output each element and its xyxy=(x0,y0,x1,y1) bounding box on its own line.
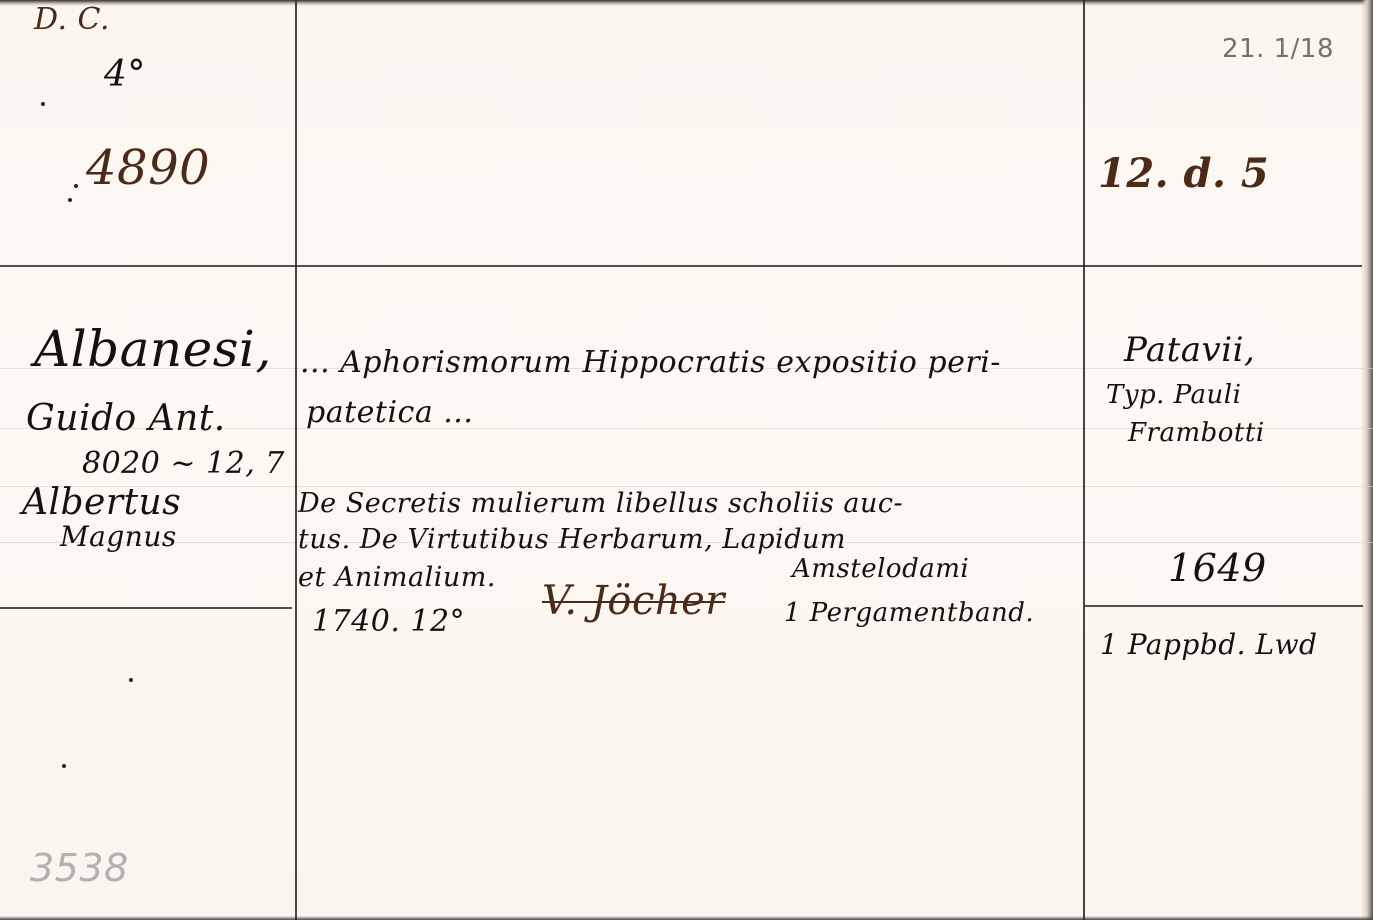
ink-dot xyxy=(62,764,66,768)
title-line: tus. De Virtutibus Herbarum, Lapidum xyxy=(298,524,846,555)
title-line: patetica ... xyxy=(306,395,473,430)
catalog-card: D. C. 4° 4890 21. 1/18 12. d. 5 Albanesi… xyxy=(0,0,1373,920)
location-mark: 12. d. 5 xyxy=(1098,150,1269,197)
imprint-city: Patavii, xyxy=(1124,330,1255,370)
card-bottom-edge xyxy=(0,916,1373,920)
card-top-edge xyxy=(0,0,1373,6)
imprint-printer: Typ. Pauli xyxy=(1106,380,1241,410)
stamp-number: 3538 xyxy=(30,846,129,890)
row-divider-left-bottom xyxy=(0,607,292,609)
publication-year-format: 1740. 12° xyxy=(312,604,465,639)
shelf-number: 4890 xyxy=(86,140,210,196)
title-line: De Secretis mulierum libellus scholiis a… xyxy=(298,488,903,519)
author-surname: Albanesi, xyxy=(34,320,272,378)
ink-dot xyxy=(74,184,78,188)
cross-reference-number: 8020 ~ 12, 7 xyxy=(82,446,285,481)
ink-dot xyxy=(41,102,45,106)
row-divider-right-bottom xyxy=(1085,605,1363,607)
ink-dot xyxy=(129,678,133,682)
imprint-year: 1649 xyxy=(1168,546,1267,590)
card-right-edge xyxy=(1361,0,1373,920)
column-divider-left xyxy=(295,0,297,920)
imprint-place: Amstelodami xyxy=(792,554,969,584)
title-line: et Animalium. xyxy=(298,562,496,593)
imprint-printer-name: Frambotti xyxy=(1128,418,1265,448)
ruled-line xyxy=(0,486,1373,487)
title-line: ... Aphorismorum Hippocratis expositio p… xyxy=(300,345,1001,380)
author-forename: Guido Ant. xyxy=(26,398,226,439)
ink-dot xyxy=(68,198,72,202)
second-author-epithet: Magnus xyxy=(60,520,177,553)
pencil-date: 21. 1/18 xyxy=(1222,34,1334,64)
format-label: 4° xyxy=(104,54,146,95)
imprint-binding-note: 1 Pappbd. Lwd xyxy=(1100,628,1317,661)
column-divider-right xyxy=(1083,0,1085,920)
collection-mark: D. C. xyxy=(34,2,110,37)
struck-reference-note: V. Jöcher xyxy=(542,578,725,624)
row-divider-top xyxy=(0,265,1362,267)
second-author-name: Albertus xyxy=(22,482,181,523)
binding-note: 1 Pergamentband. xyxy=(784,598,1034,628)
